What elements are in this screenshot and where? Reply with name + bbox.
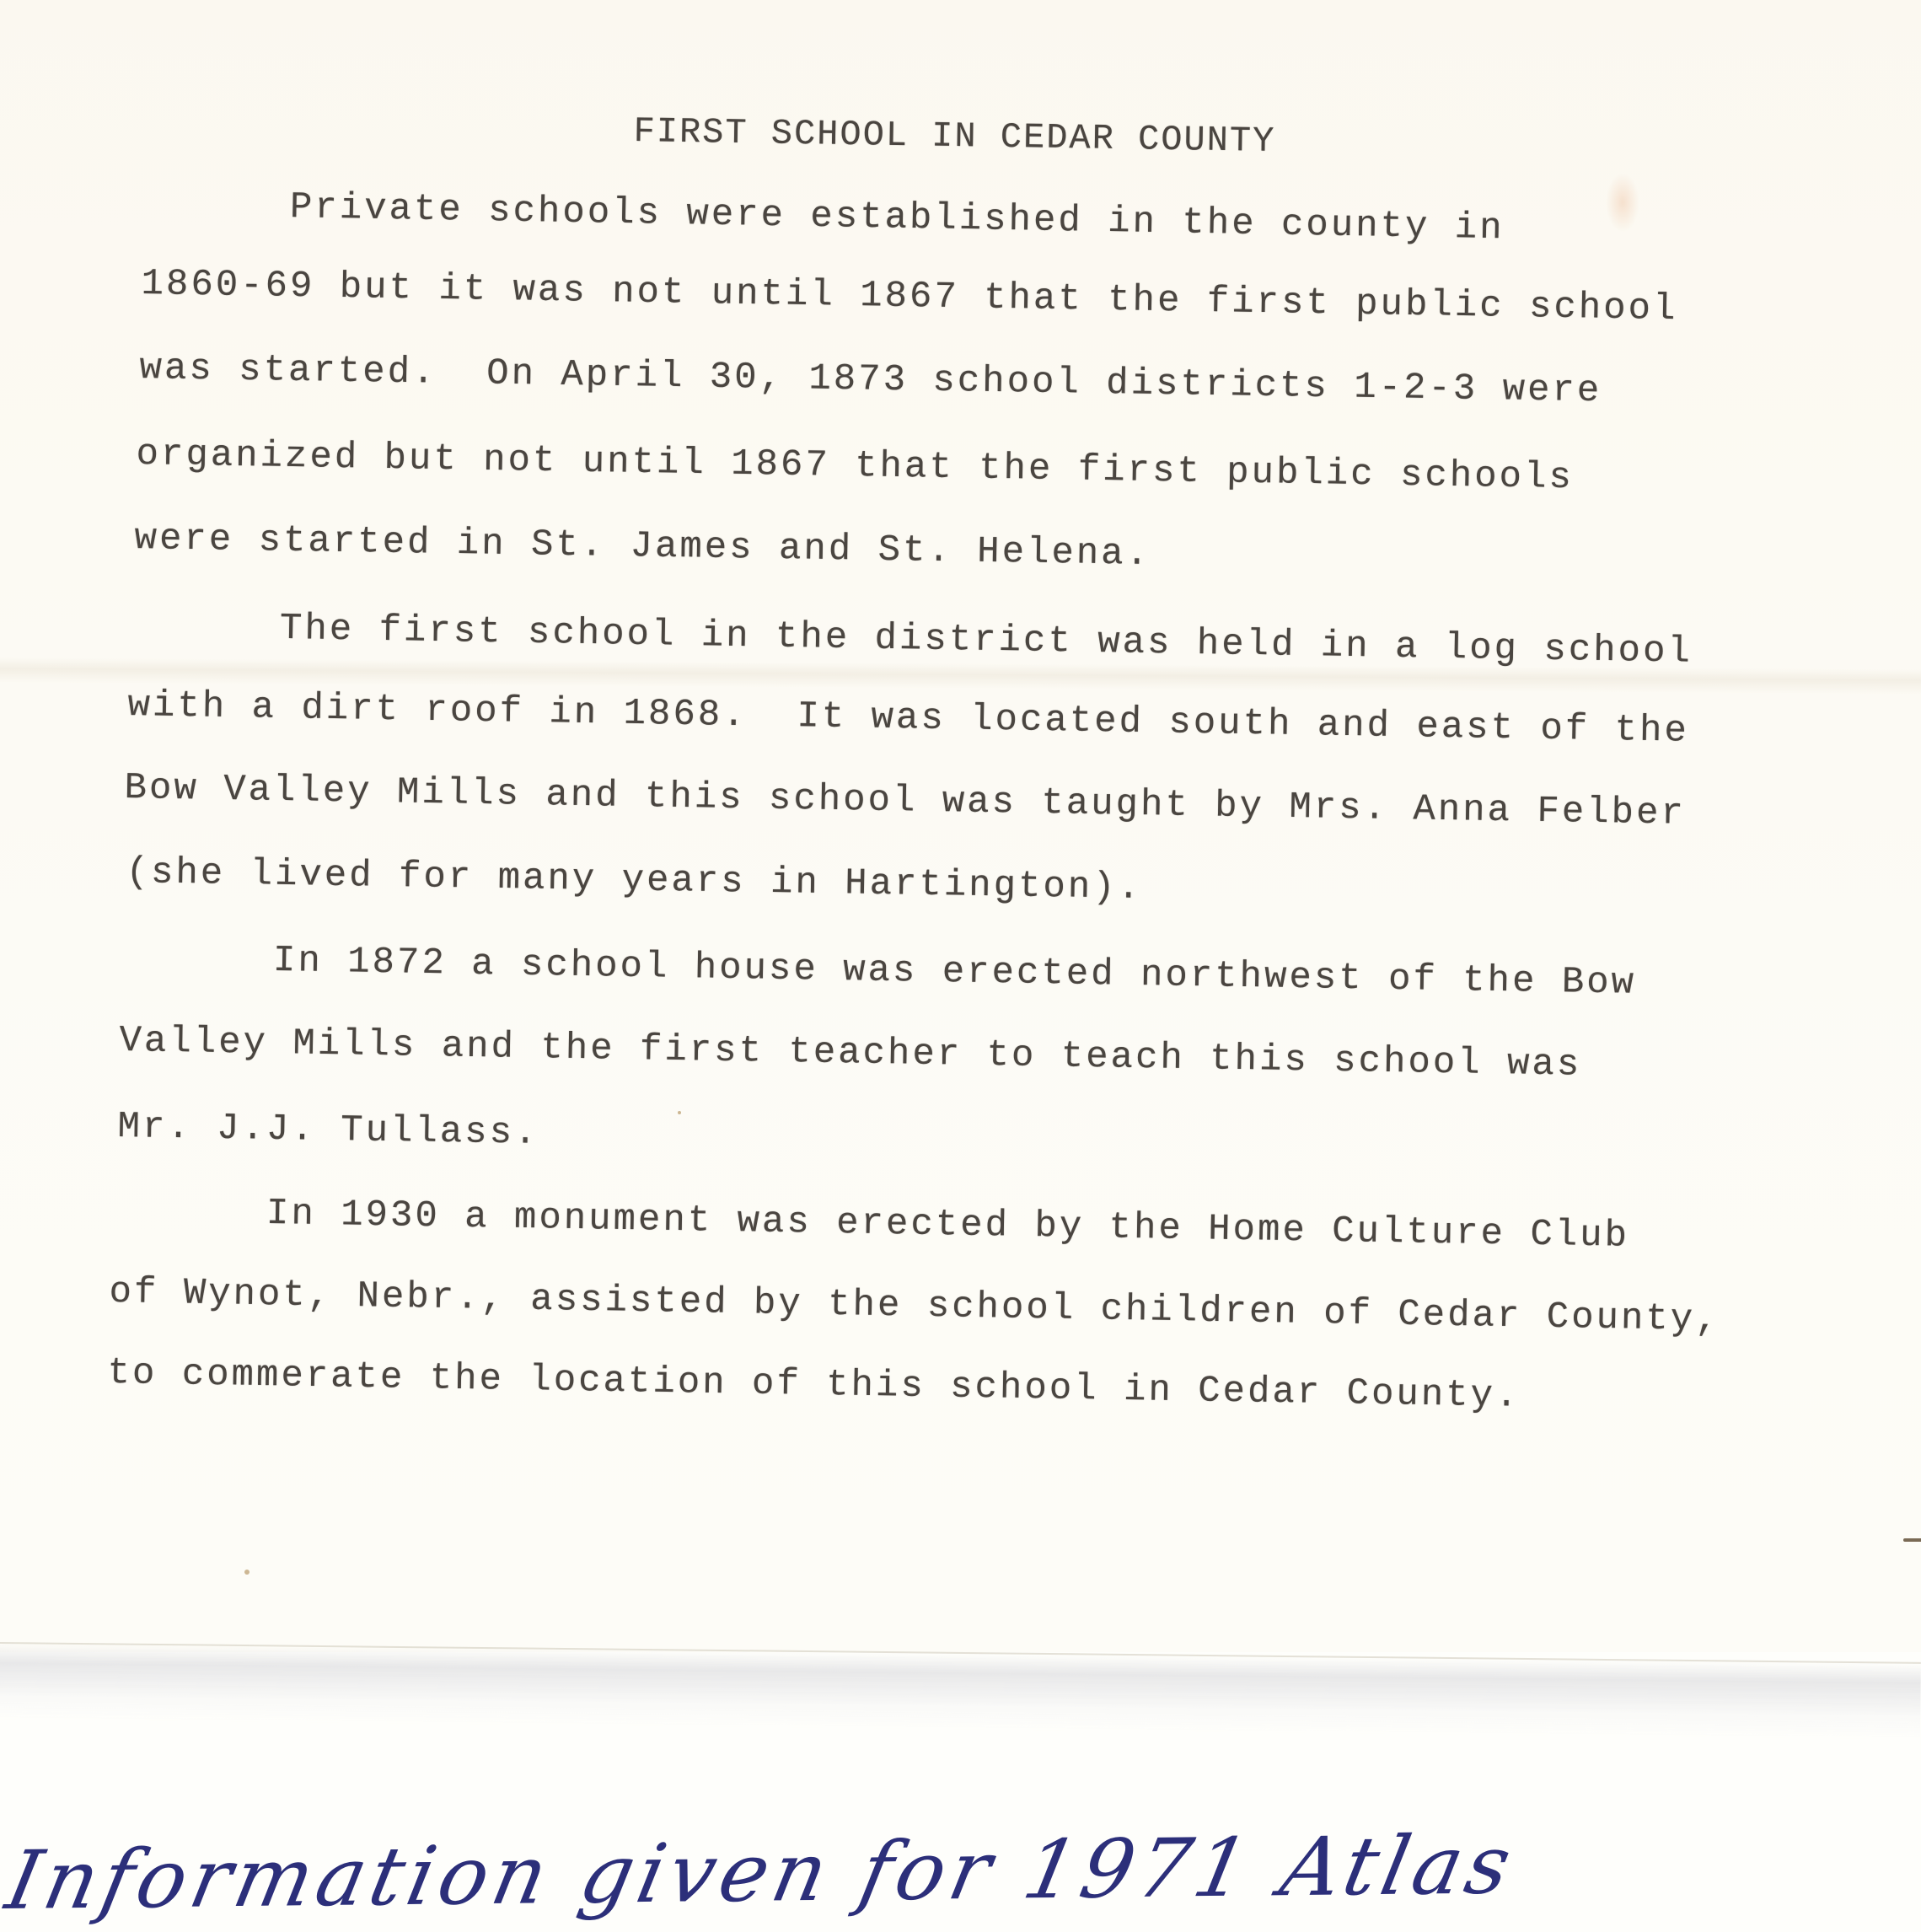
paragraph-3-line-3: Mr. J.J. Tullass. bbox=[117, 1106, 539, 1155]
paper-edge-mark bbox=[1903, 1538, 1921, 1542]
paper-stain bbox=[1606, 173, 1639, 232]
paper-speck bbox=[244, 1570, 250, 1575]
handwritten-note: Information given for 1971 Atlas bbox=[0, 1817, 1523, 1928]
paper-speck bbox=[678, 1111, 681, 1114]
